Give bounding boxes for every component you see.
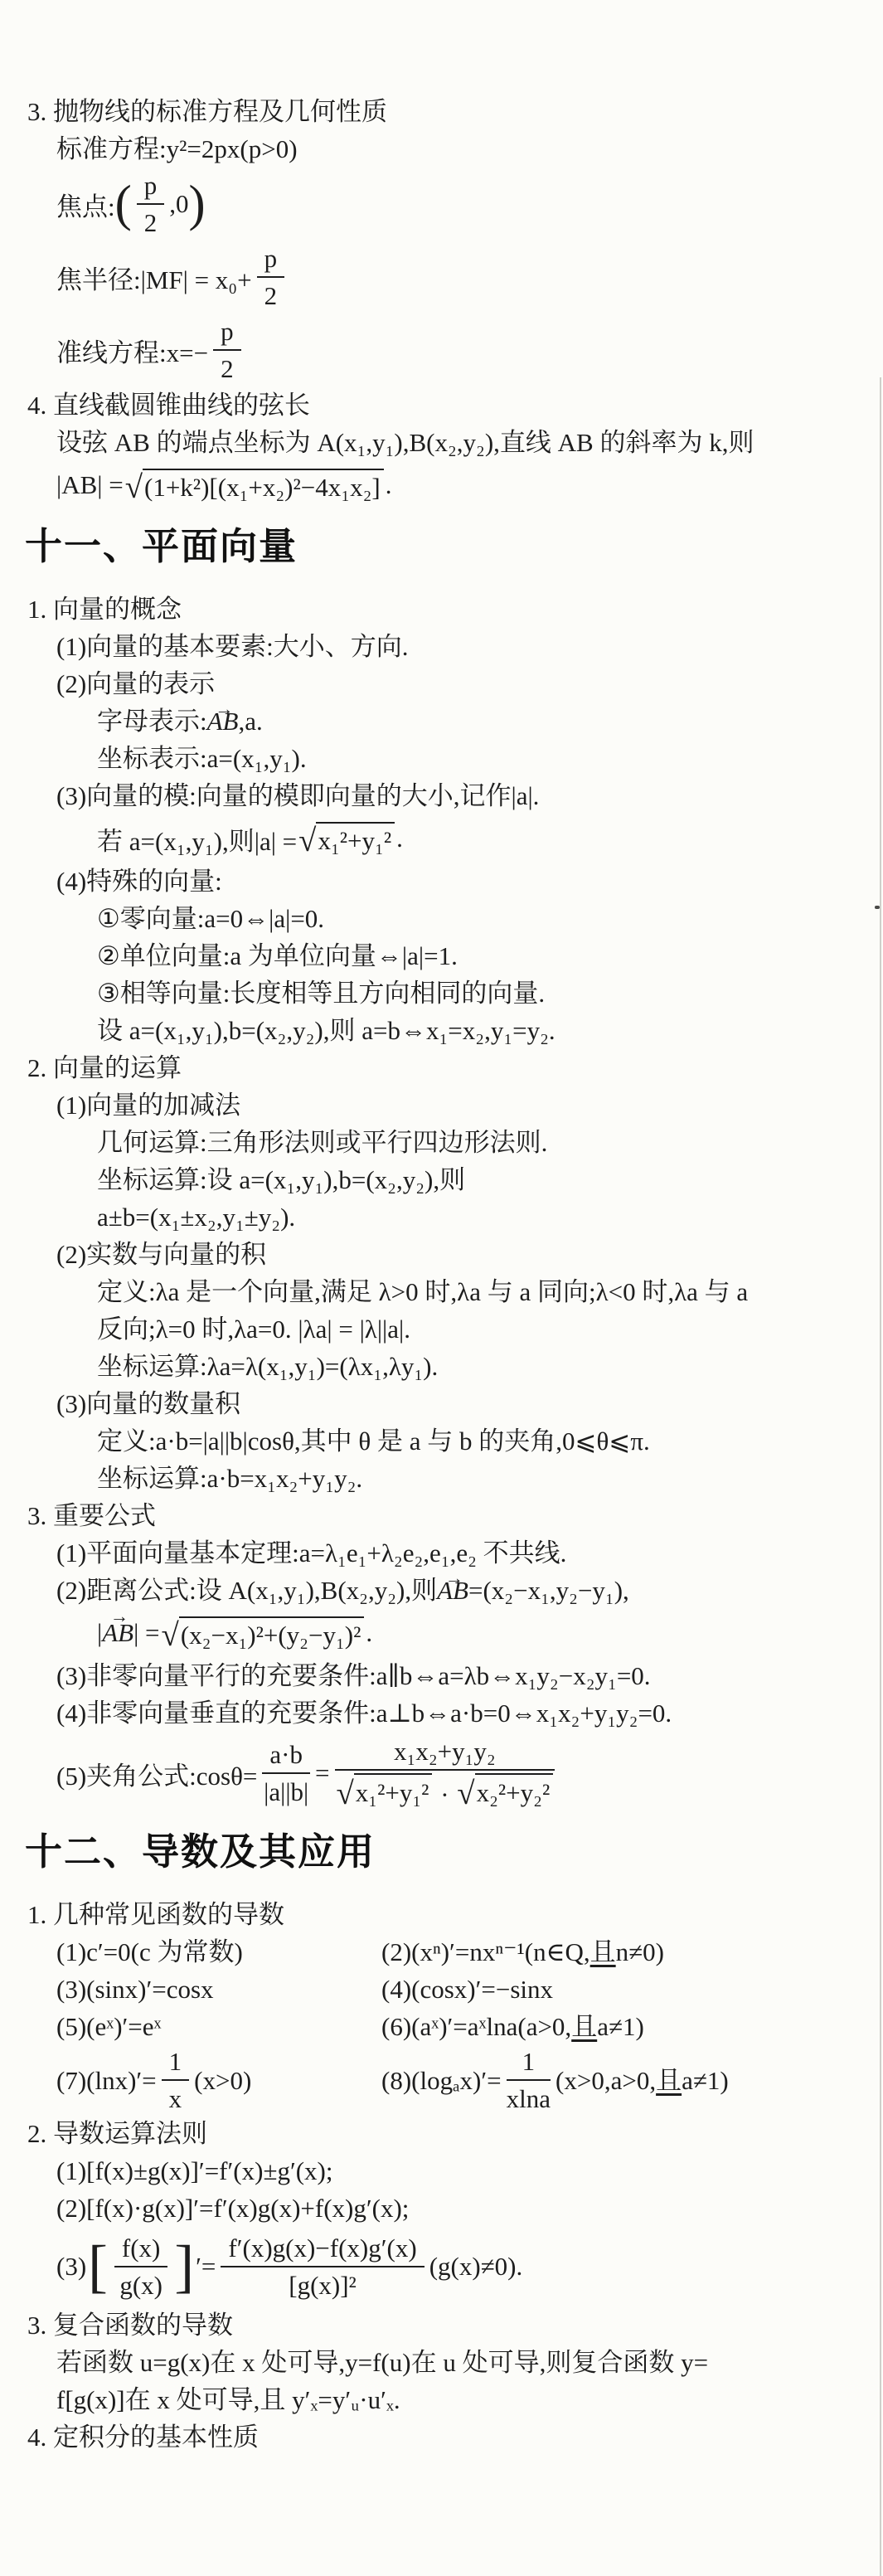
fraction-numerator: p: [257, 243, 285, 278]
big-right-bracket: ]: [174, 2243, 194, 2290]
derivative-ln-rule: (7)(lnx)′= 1 x (x>0): [56, 2045, 381, 2115]
scanned-textbook-page: 3. 抛物线的标准方程及几何性质 标准方程:y²=2px(p>0) 焦点: ( …: [0, 0, 883, 2576]
underlined-and: 且: [656, 2062, 682, 2099]
radicand: x₂²+y₂²: [475, 1773, 554, 1808]
derivative-6-tail: a≠1): [597, 2008, 644, 2045]
item-3-parabola-title: 3. 抛物线的标准方程及几何性质: [0, 93, 883, 130]
underlined-and: 且: [571, 2008, 597, 2045]
distance-formula-line: (2)距离公式:设 A(x₁,y₁),B(x₂,y₂),则AB=(x₂−x₁,y…: [0, 1572, 883, 1609]
underlined-and: 且: [590, 1933, 616, 1971]
vector-basic-elements-line: (1)向量的基本要素:大小、方向.: [0, 628, 883, 665]
directrix-fraction: p 2: [213, 316, 241, 384]
chord-setup-line: 设弦 AB 的端点坐标为 A(x₁,y₁),B(x₂,y₂),直线 AB 的斜率…: [0, 424, 883, 461]
derivative-rules-title: 2. 导数运算法则: [0, 2115, 883, 2152]
vector-magnitude-line: (3)向量的模:向量的模即向量的大小,记作|a|.: [0, 777, 883, 814]
derivative-cos-rule: (4)(cosx)′=−sinx: [381, 1971, 883, 2008]
focal-radius-label: 焦半径:|MF| = x₀+: [56, 259, 252, 296]
radicand: x₁²+y₁²: [316, 822, 395, 856]
derivative-log-rule: (8)(logₐx)′= 1 xlna (x>0,a>0,且 a≠1): [381, 2045, 883, 2115]
sum-rule-line: (1)[f(x)±g(x)]′=f′(x)±g′(x);: [0, 2152, 883, 2190]
scalar-product-coordinate-line: 坐标运算:λa=λ(x₁,y₁)=(λx₁,λy₁).: [0, 1348, 883, 1385]
radicand: (1+k²)[(x₁+x₂)²−4x₁x₂]: [143, 469, 384, 503]
big-left-bracket: [: [88, 2243, 108, 2290]
radicand: (x₂−x₁)²+(y₂−y₁)²: [179, 1616, 365, 1650]
chord-length-formula: |AB| = (1+k²)[(x₁+x₂)²−4x₁x₂] .: [0, 461, 883, 509]
fraction-denominator: g(x): [114, 2267, 167, 2301]
angle-formula-lhs: (5)夹角公式:cosθ=: [56, 1755, 257, 1792]
fraction-numerator: x₁x₂+y₁y₂: [335, 1736, 556, 1771]
derivative-constant-rule: (1)c′=0(c 为常数): [56, 1933, 381, 1971]
equals-sign: =: [315, 1758, 329, 1788]
derivative-exp-a-rule: (6)(aˣ)′=aˣlna(a>0,且 a≠1): [381, 2008, 883, 2045]
derivative-row-7-8: (7)(lnx)′= 1 x (x>0) (8)(logₐx)′= 1 xlna…: [0, 2045, 883, 2115]
parallel-condition-line: (3)非零向量平行的充要条件:a∥b⇔a=λb⇔x₁y₂−x₂y₁=0.: [0, 1657, 883, 1694]
radical: x₁²+y₁²: [298, 822, 395, 856]
dot-product-title: (3)向量的数量积: [0, 1385, 883, 1422]
derivative-6-text: (6)(aˣ)′=aˣlna(a>0,: [381, 2008, 571, 2045]
dot-product-definition-line: 定义:a·b=|a||b|cosθ,其中 θ 是 a 与 b 的夹角,0⩽θ⩽π…: [0, 1422, 883, 1460]
fraction-denominator: xlna: [507, 2081, 551, 2114]
section-heading-12-derivatives: 十二、导数及其应用: [0, 1830, 883, 1874]
derivative-row-3-4: (3)(sinx)′=cosx (4)(cosx)′=−sinx: [0, 1971, 883, 2008]
fraction-denominator: 2: [137, 205, 165, 238]
definite-integral-title: 4. 定积分的基本性质: [0, 2418, 883, 2456]
fraction-denominator: x: [162, 2081, 190, 2114]
vector-coordinate-representation: 坐标表示:a=(x₁,y₁).: [0, 740, 883, 777]
abs-bar-equals: | =: [133, 1618, 159, 1648]
quotient-result-fraction: f′(x)g(x)−f(x)g′(x) [g(x)]²: [221, 2233, 424, 2301]
key-formulas-title: 3. 重要公式: [0, 1497, 883, 1534]
derivative-5-text: (5)(eˣ)′=eˣ: [56, 2008, 162, 2045]
big-right-paren: ): [189, 181, 206, 226]
fraction-numerator: f′(x)g(x)−f(x)g′(x): [221, 2233, 424, 2267]
directrix-label: 准线方程:x=−: [56, 332, 208, 369]
derivative-row-1-2: (1)c′=0(c 为常数) (2)(xⁿ)′=nxⁿ⁻¹(n∈Q,且 n≠0): [0, 1933, 883, 1971]
quotient-rule-condition: (g(x)≠0).: [429, 2252, 523, 2282]
special-vectors-title: (4)特殊的向量:: [0, 863, 883, 900]
vector-magnitude-formula: 若 a=(x₁,y₁),则|a| = x₁²+y₁² .: [0, 814, 883, 863]
product-rule-line: (2)[f(x)·g(x)]′=f′(x)g(x)+f(x)g′(x);: [0, 2190, 883, 2227]
scalar-vector-product-title: (2)实数与向量的积: [0, 1236, 883, 1273]
period: .: [396, 824, 403, 853]
fraction-denominator: x₁²+y₁² · x₂²+y₂²: [335, 1771, 556, 1810]
section-heading-11-plane-vectors: 十一、平面向量: [0, 524, 883, 569]
composite-rule-line-1: 若函数 u=g(x)在 x 处可导,y=f(u)在 u 处可导,则复合函数 y=: [0, 2344, 883, 2381]
fraction-denominator: 2: [213, 351, 241, 384]
chord-formula-lhs: |AB| =: [56, 470, 124, 500]
parabola-directrix-line: 准线方程:x=− p 2: [0, 313, 883, 386]
common-derivatives-title: 1. 几种常见函数的导数: [0, 1896, 883, 1933]
radicand: x₁²+y₁²: [354, 1773, 433, 1808]
quotient-rule-line: (3) [ f(x) g(x) ] ′= f′(x)g(x)−f(x)g′(x)…: [0, 2227, 883, 2306]
derivative-power-rule: (2)(xⁿ)′=nxⁿ⁻¹(n∈Q,且 n≠0): [381, 1933, 883, 1971]
derivative-2-tail: n≠0): [616, 1933, 664, 1971]
period: .: [386, 470, 392, 500]
fraction-denominator: |a||b|: [262, 1774, 310, 1807]
fraction-denominator: 2: [257, 278, 285, 311]
derivative-8-tail: a≠1): [682, 2062, 729, 2099]
scalar-product-definition-line-1: 定义:λa 是一个向量,满足 λ>0 时,λa 与 a 同向;λ<0 时,λa …: [0, 1273, 883, 1310]
derivative-8-domain: (x>0,a>0,: [556, 2062, 656, 2099]
fraction-numerator: 1: [162, 2046, 190, 2081]
scan-edge-artifact: [880, 377, 881, 2576]
radical: (x₂−x₁)²+(y₂−y₁)²: [162, 1616, 365, 1650]
fraction-numerator: p: [213, 316, 241, 351]
fraction-numerator: 1: [507, 2046, 551, 2081]
derivative-8-lhs: (8)(logₐx)′=: [381, 2062, 502, 2099]
fundamental-theorem-line: (1)平面向量基本定理:a=λ₁e₁+λ₂e₂,e₁,e₂ 不共线.: [0, 1534, 883, 1572]
derivative-row-5-6: (5)(eˣ)′=eˣ (6)(aˣ)′=aˣlna(a>0,且 a≠1): [0, 2008, 883, 2045]
derivative-8-fraction: 1 xlna: [507, 2046, 551, 2114]
focus-fraction: p 2: [137, 170, 165, 238]
composite-derivative-title: 3. 复合函数的导数: [0, 2306, 883, 2344]
angle-formula-fraction-2: x₁x₂+y₁y₂ x₁²+y₁² · x₂²+y₂²: [335, 1736, 556, 1810]
vector-letter-representation: 字母表示:AB,a.: [0, 702, 883, 740]
dot-product-coordinate-line: 坐标运算:a·b=x₁x₂+y₁y₂.: [0, 1460, 883, 1497]
derivative-2-text: (2)(xⁿ)′=nxⁿ⁻¹(n∈Q,: [381, 1933, 590, 1971]
fraction-numerator: a·b: [262, 1739, 310, 1774]
perpendicular-condition-line: (4)非零向量垂直的充要条件:a⊥b⇔a·b=0⇔x₁x₂+y₁y₂=0.: [0, 1694, 883, 1732]
unit-vector-line: ②单位向量:a 为单位向量⇔|a|=1.: [0, 937, 883, 975]
angle-formula-line: (5)夹角公式:cosθ= a·b |a||b| = x₁x₂+y₁y₂ x₁²…: [0, 1732, 883, 1815]
fraction-numerator: p: [137, 170, 165, 205]
big-left-paren: (: [115, 181, 132, 226]
geometric-operation-line: 几何运算:三角形法则或平行四边形法则.: [0, 1124, 883, 1161]
derivative-1-text: (1)c′=0(c 为常数): [56, 1933, 243, 1971]
quotient-fraction: f(x) g(x): [114, 2233, 167, 2301]
derivative-exp-rule: (5)(eˣ)′=eˣ: [56, 2008, 381, 2045]
radical: (1+k²)[(x₁+x₂)²−4x₁x₂]: [125, 469, 384, 503]
derivative-7-fraction: 1 x: [162, 2046, 190, 2114]
distance-formula-prefix: (2)距离公式:设 A(x₁,y₁),B(x₂,y₂),则: [56, 1576, 437, 1605]
magnitude-formula-lhs: 若 a=(x₁,y₁),则|a| =: [97, 820, 297, 858]
fraction-numerator: f(x): [114, 2233, 167, 2267]
fraction-denominator: [g(x)]²: [221, 2267, 424, 2301]
letter-representation-tail: ,a.: [239, 707, 263, 736]
item-4-chord-title: 4. 直线截圆锥曲线的弦长: [0, 386, 883, 424]
dot-operator: ·: [440, 1781, 449, 1810]
vector-AB-with-arrow: AB: [437, 1572, 468, 1609]
coordinate-operation-setup-line: 坐标运算:设 a=(x₁,y₁),b=(x₂,y₂),则: [0, 1161, 883, 1198]
derivative-3-text: (3)(sinx)′=cosx: [56, 1971, 214, 2008]
derivative-7-lhs: (7)(lnx)′=: [56, 2062, 157, 2099]
scan-speck-artifact: [875, 906, 880, 909]
zero-vector-line: ①零向量:a=0⇔|a|=0.: [0, 900, 883, 937]
focus-label: 焦点:: [56, 186, 115, 223]
distance-formula-tail: =(x₂−x₁,y₂−y₁),: [468, 1576, 629, 1605]
composite-rule-line-2: f[g(x)]在 x 处可导,且 y′ₓ=y′ᵤ·u′ₓ.: [0, 2381, 883, 2418]
derivative-sin-rule: (3)(sinx)′=cosx: [56, 1971, 381, 2008]
vector-sum-difference-formula: a±b=(x₁±x₂,y₁±y₂).: [0, 1198, 883, 1236]
vector-AB-with-arrow: AB: [207, 702, 239, 740]
vector-add-subtract-title: (1)向量的加减法: [0, 1086, 883, 1124]
angle-formula-fraction-1: a·b |a||b|: [262, 1739, 310, 1807]
radical: x₁²+y₁²: [337, 1773, 433, 1808]
equal-vectors-condition-line: 设 a=(x₁,y₁),b=(x₂,y₂),则 a=b⇔x₁=x₂,y₁=y₂.: [0, 1012, 883, 1049]
letter-representation-label: 字母表示:: [97, 707, 207, 736]
parabola-focal-radius-line: 焦半径:|MF| = x₀+ p 2: [0, 241, 883, 313]
scalar-product-definition-line-2: 反向;λ=0 时,λa=0. |λa| = |λ||a|.: [0, 1310, 883, 1348]
quotient-rule-equals: ′=: [196, 2252, 216, 2282]
derivative-7-domain: (x>0): [194, 2062, 251, 2099]
quotient-rule-index: (3): [56, 2252, 86, 2282]
vector-operations-title: 2. 向量的运算: [0, 1049, 883, 1086]
focal-radius-fraction: p 2: [257, 243, 285, 311]
vectors-concept-title: 1. 向量的概念: [0, 591, 883, 628]
derivative-4-text: (4)(cosx)′=−sinx: [381, 1971, 553, 2008]
radical: x₂²+y₂²: [457, 1773, 553, 1808]
parabola-standard-equation: 标准方程:y²=2px(p>0): [0, 130, 883, 168]
equal-vectors-line: ③相等向量:长度相等且方向相同的向量.: [0, 975, 883, 1012]
vector-representation-title: (2)向量的表示: [0, 665, 883, 702]
vector-AB-with-arrow: AB: [102, 1618, 133, 1648]
parabola-focus-line: 焦点: ( p 2 ,0 ): [0, 168, 883, 241]
focus-coordinate-tail: ,0: [169, 189, 188, 219]
distance-formula-result: |AB| = (x₂−x₁)²+(y₂−y₁)² .: [0, 1609, 883, 1657]
period: .: [366, 1618, 372, 1648]
